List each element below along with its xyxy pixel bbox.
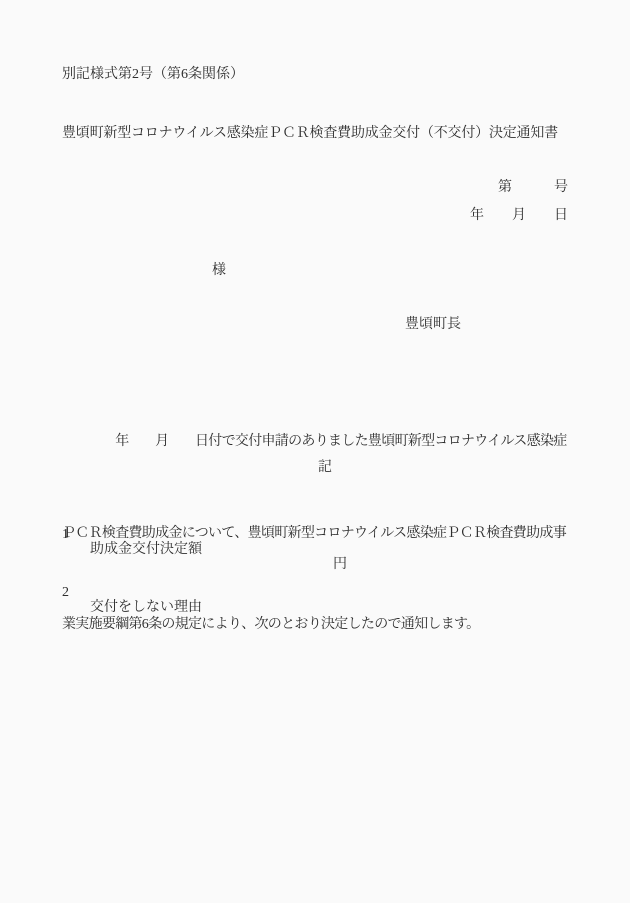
date-line: 年 月 日 <box>470 208 568 223</box>
document-page: 別記様式第2号（第6条関係） 豊頃町新型コロナウイルス感染症ＰＣＲ検査費助成金交… <box>0 0 630 903</box>
item-2-number: 2 <box>62 585 69 600</box>
list-item-grant-amount: 1 助成金交付決定額 円 <box>0 512 630 527</box>
item-1-number: 1 <box>62 527 69 542</box>
body-paragraph: 年 月 日付で交付申請のありました豊頃町新型コロナウイルス感染症 ＰＣＲ検査費助… <box>62 366 572 702</box>
list-item-denial-reason: 2 交付をしない理由 <box>0 570 630 585</box>
document-title: 豊頃町新型コロナウイルス感染症ＰＣＲ検査費助成金交付（不交付）決定通知書 <box>62 126 558 141</box>
body-line-1: 年 月 日付で交付申請のありました豊頃町新型コロナウイルス感染症 <box>62 427 572 458</box>
item-1-label: 助成金交付決定額 <box>90 542 202 557</box>
document-number-line: 第 号 <box>498 180 568 195</box>
item-2-label: 交付をしない理由 <box>90 600 202 615</box>
addressee-honorific: 様 <box>212 263 226 278</box>
sender-title: 豊頃町長 <box>405 317 461 332</box>
form-label: 別記様式第2号（第6条関係） <box>62 67 244 82</box>
record-heading: 記 <box>318 460 332 475</box>
